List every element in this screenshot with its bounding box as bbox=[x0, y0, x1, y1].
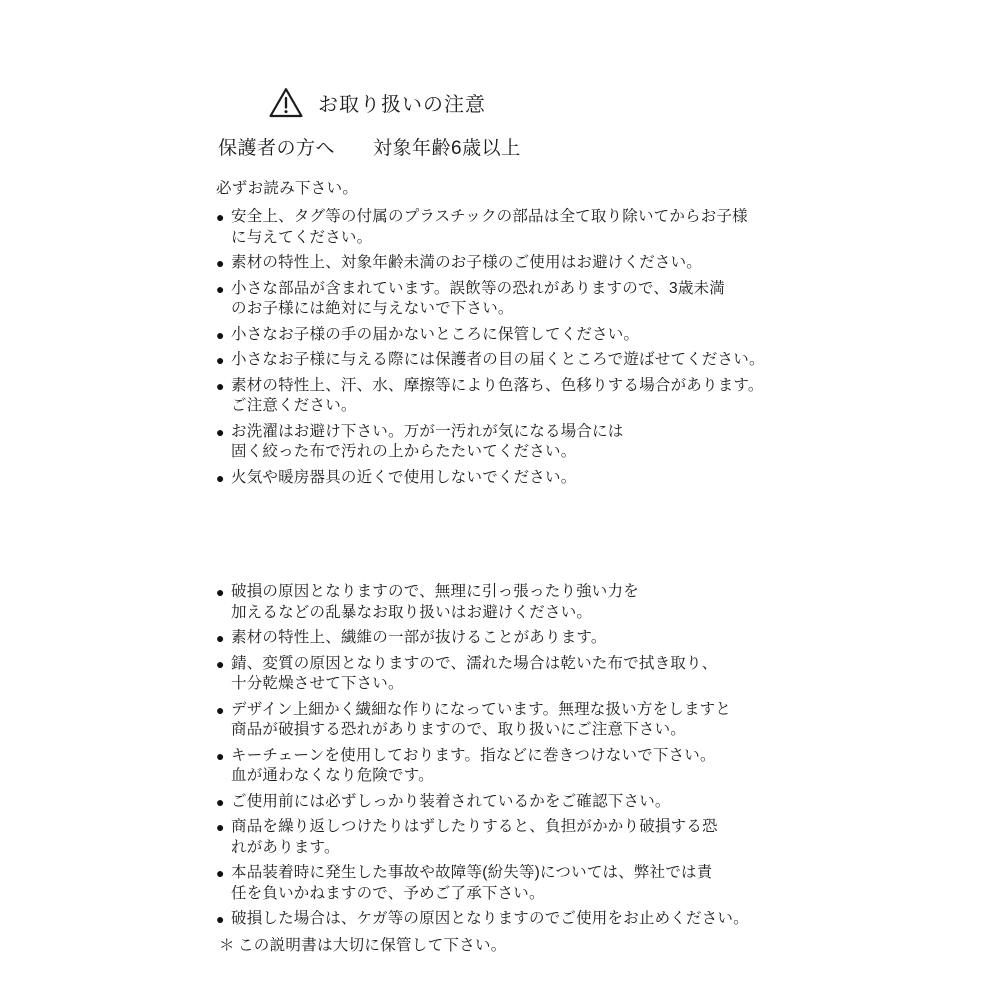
list-item: ● 錆、変質の原因となりますので、濡れた場合は乾いた布で拭き取り、 十分乾燥させ… bbox=[216, 654, 816, 695]
bullet-icon: ● bbox=[216, 468, 231, 489]
handling-notice-list: ● 破損の原因となりますので、無理に引っ張ったり強い力を 加えるなどの乱暴なお取… bbox=[216, 582, 816, 930]
list-item: ● 小さな部品が含まれています。誤飲等の恐れがありますので、3歳未満 のお子様に… bbox=[216, 279, 816, 320]
list-item: ● お洗濯はお避け下さい。万が一汚れが気になる場合には 固く絞った布で汚れの上か… bbox=[216, 422, 816, 463]
document-header: お取り扱いの注意 bbox=[268, 86, 816, 119]
list-item-text: デザイン上細かく繊細な作りになっています。無理な扱い方をしますと 商品が破損する… bbox=[231, 700, 816, 741]
bullet-icon: ● bbox=[216, 700, 231, 721]
list-item: ● 破損の原因となりますので、無理に引っ張ったり強い力を 加えるなどの乱暴なお取… bbox=[216, 582, 816, 623]
bullet-icon: ● bbox=[216, 628, 231, 649]
bullet-icon: ● bbox=[216, 376, 231, 397]
footnote: ＊ この説明書は大切に保管して下さい。 bbox=[216, 936, 816, 957]
list-item: ● 商品を繰り返しつけたりはずしたりすると、負担がかかり破損する恐 れがあります… bbox=[216, 817, 816, 858]
list-item: ● 小さなお子様の手の届かないところに保管してください。 bbox=[216, 325, 816, 346]
bullet-icon: ● bbox=[216, 746, 231, 767]
list-item: ● 素材の特性上、繊維の一部が抜けることがあります。 bbox=[216, 628, 816, 649]
list-item-text: 小さなお子様の手の届かないところに保管してください。 bbox=[231, 325, 816, 346]
list-item-text: 破損の原因となりますので、無理に引っ張ったり強い力を 加えるなどの乱暴なお取り扱… bbox=[231, 582, 816, 623]
list-item: ● ご使用前には必ずしっかり装着されているかをご確認下さい。 bbox=[216, 792, 816, 813]
list-item-text: 小さなお子様に与える際には保護者の目の届くところで遊ばせてください。 bbox=[231, 350, 816, 371]
footnote-text: この説明書は大切に保管して下さい。 bbox=[238, 936, 507, 957]
list-item-text: 火気や暖房器具の近くで使用しないでください。 bbox=[231, 468, 816, 489]
list-item: ● 本品装着時に発生した事故や故障等(紛失等)については、弊社では責 任を負いか… bbox=[216, 863, 816, 904]
bullet-icon: ● bbox=[216, 863, 231, 884]
list-item: ● キーチェーンを使用しております。指などに巻きつけないで下さい。 血が通わなく… bbox=[216, 746, 816, 787]
asterisk-marker: ＊ bbox=[216, 936, 238, 957]
list-item-text: 小さな部品が含まれています。誤飲等の恐れがありますので、3歳未満 のお子様には絶… bbox=[231, 279, 816, 320]
bullet-icon: ● bbox=[216, 207, 231, 228]
list-item-text: 商品を繰り返しつけたりはずしたりすると、負担がかかり破損する恐 れがあります。 bbox=[231, 817, 816, 858]
warning-triangle-icon bbox=[268, 86, 304, 119]
bullet-icon: ● bbox=[216, 253, 231, 274]
bullet-icon: ● bbox=[216, 422, 231, 443]
instruction-sheet-page: お取り扱いの注意 保護者の方へ 対象年齢6歳以上 必ずお読み下さい。 ● 安全上… bbox=[0, 0, 1000, 1000]
list-item-text: 素材の特性上、繊維の一部が抜けることがあります。 bbox=[231, 628, 816, 649]
bullet-icon: ● bbox=[216, 279, 231, 300]
list-item-text: キーチェーンを使用しております。指などに巻きつけないで下さい。 血が通わなくなり… bbox=[231, 746, 816, 787]
list-item: ● 火気や暖房器具の近くで使用しないでください。 bbox=[216, 468, 816, 489]
intro-line: 必ずお読み下さい。 bbox=[216, 176, 816, 198]
list-item-text: 破損した場合は、ケガ等の原因となりますのでご使用をお止めください。 bbox=[231, 909, 816, 930]
bullet-icon: ● bbox=[216, 792, 231, 813]
list-item-text: 素材の特性上、対象年齢未満のお子様のご使用はお避けください。 bbox=[231, 253, 816, 274]
list-item-text: 素材の特性上、汗、水、摩擦等により色落ち、色移りする場合があります。 ご注意くだ… bbox=[231, 376, 816, 417]
bullet-icon: ● bbox=[216, 350, 231, 371]
list-item: ● 素材の特性上、汗、水、摩擦等により色落ち、色移りする場合があります。 ご注意… bbox=[216, 376, 816, 417]
list-item-text: ご使用前には必ずしっかり装着されているかをご確認下さい。 bbox=[231, 792, 816, 813]
page-title: お取り扱いの注意 bbox=[318, 88, 486, 117]
list-item-text: 錆、変質の原因となりますので、濡れた場合は乾いた布で拭き取り、 十分乾燥させて下… bbox=[231, 654, 816, 695]
list-item: ● デザイン上細かく繊細な作りになっています。無理な扱い方をしますと 商品が破損… bbox=[216, 700, 816, 741]
instruction-content: お取り扱いの注意 保護者の方へ 対象年齢6歳以上 必ずお読み下さい。 ● 安全上… bbox=[216, 86, 816, 956]
bullet-icon: ● bbox=[216, 909, 231, 930]
bullet-icon: ● bbox=[216, 325, 231, 346]
list-item-text: 安全上、タグ等の付属のプラスチックの部品は全て取り除いてからお子様 に与えてくだ… bbox=[231, 207, 816, 248]
list-item-text: 本品装着時に発生した事故や故障等(紛失等)については、弊社では責 任を負いかねま… bbox=[231, 863, 816, 904]
bullet-icon: ● bbox=[216, 582, 231, 603]
age-range-label: 対象年齢6歳以上 bbox=[373, 133, 521, 160]
bullet-icon: ● bbox=[216, 817, 231, 838]
audience-line: 保護者の方へ 対象年齢6歳以上 bbox=[218, 133, 816, 160]
list-item-text: お洗濯はお避け下さい。万が一汚れが気になる場合には 固く絞った布で汚れの上からた… bbox=[231, 422, 816, 463]
list-item: ● 素材の特性上、対象年齢未満のお子様のご使用はお避けください。 bbox=[216, 253, 816, 274]
list-item: ● 破損した場合は、ケガ等の原因となりますのでご使用をお止めください。 bbox=[216, 909, 816, 930]
list-item: ● 安全上、タグ等の付属のプラスチックの部品は全て取り除いてからお子様 に与えて… bbox=[216, 207, 816, 248]
audience-label: 保護者の方へ bbox=[218, 133, 335, 160]
care-notice-list: ● 安全上、タグ等の付属のプラスチックの部品は全て取り除いてからお子様 に与えて… bbox=[216, 207, 816, 488]
list-item: ● 小さなお子様に与える際には保護者の目の届くところで遊ばせてください。 bbox=[216, 350, 816, 371]
bullet-icon: ● bbox=[216, 654, 231, 675]
